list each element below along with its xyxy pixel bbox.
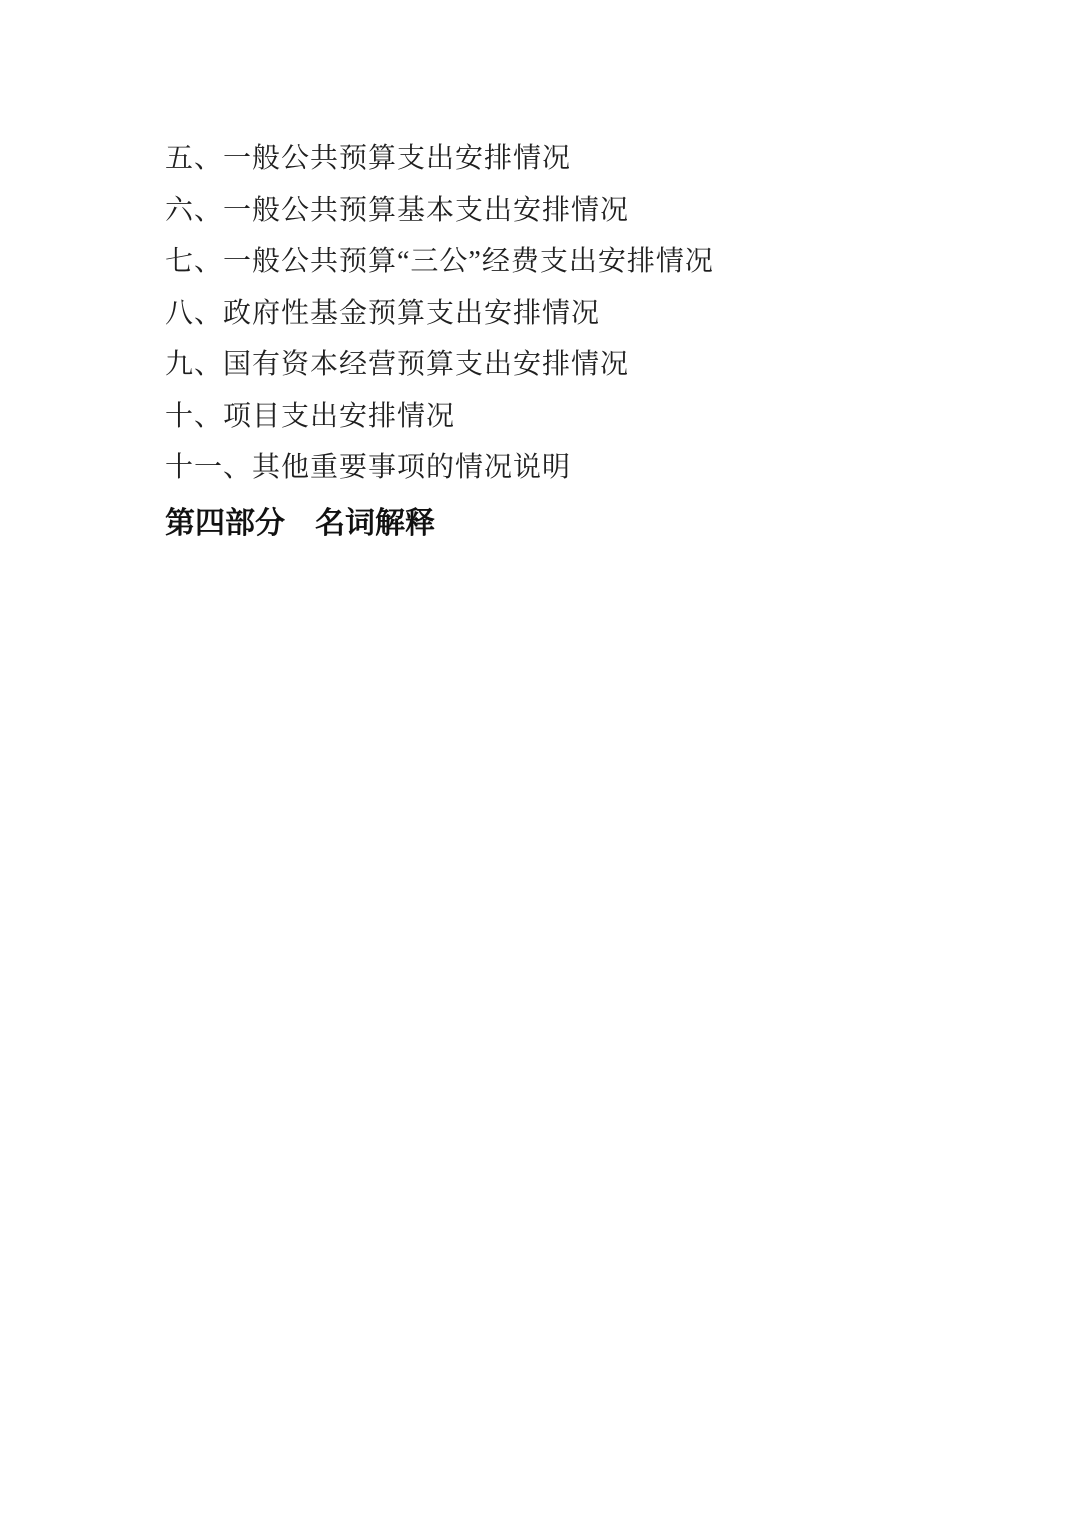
toc-item: 六、一般公共预算基本支出安排情况 [165, 185, 995, 237]
toc-item: 八、政府性基金预算支出安排情况 [165, 288, 995, 340]
toc-item: 十、项目支出安排情况 [165, 391, 995, 443]
toc-item: 七、一般公共预算“三公”经费支出安排情况 [165, 236, 995, 288]
document-page: 五、一般公共预算支出安排情况 六、一般公共预算基本支出安排情况 七、一般公共预算… [0, 0, 1074, 1520]
toc-item: 十一、其他重要事项的情况说明 [165, 442, 995, 494]
toc-item: 五、一般公共预算支出安排情况 [165, 133, 995, 185]
toc-item: 九、国有资本经营预算支出安排情况 [165, 339, 995, 391]
table-of-contents: 五、一般公共预算支出安排情况 六、一般公共预算基本支出安排情况 七、一般公共预算… [165, 133, 995, 548]
section-heading: 第四部分 名词解释 [165, 500, 995, 548]
